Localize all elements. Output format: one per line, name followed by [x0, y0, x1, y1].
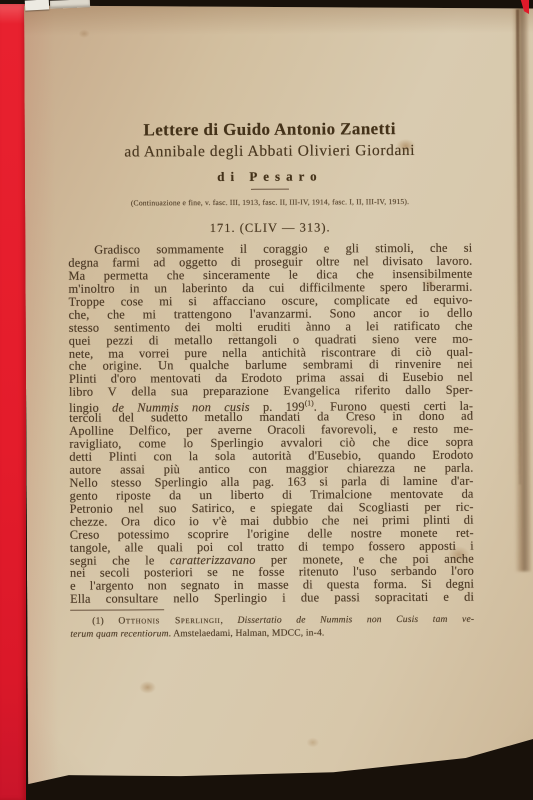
footnote-separator — [70, 610, 164, 611]
italic-text: Dissertatio de Nummis non Cusis tam ve- — [237, 614, 474, 626]
page-title: Lettere di Guido Antonio Zanetti — [68, 118, 472, 141]
italic-text: terum quam recentiorum — [70, 628, 168, 640]
small-caps-name: Otthonis Sperlingii — [118, 615, 220, 627]
white-paper-scrap-2 — [50, 0, 90, 9]
white-paper-scrap — [25, 0, 49, 11]
footnote-text: (1) Otthonis Sperlingii, Dissertatio de … — [70, 614, 474, 641]
book-photo: Lettere di Guido Antonio Zanetti ad Anni… — [0, 0, 533, 800]
page-fore-edge — [512, 1, 531, 571]
letter-number-heading: 171. (CLIV — 313). — [68, 220, 472, 237]
printed-text-block: Lettere di Guido Antonio Zanetti ad Anni… — [68, 118, 475, 641]
letter-body: Gradisco sommamente il coraggio e gli st… — [68, 242, 474, 606]
text-line: terum quam recentiorum. Amstelaedami, Ha… — [70, 626, 474, 641]
text-line: (1) Otthonis Sperlingii, Dissertatio de … — [70, 614, 474, 629]
page-subtitle: ad Annibale degli Abbati Olivieri Giorda… — [68, 141, 472, 163]
title-rule — [251, 189, 289, 190]
footnote-ref: (1) — [305, 399, 314, 408]
book-cover-red — [0, 4, 26, 800]
book-page: Lettere di Guido Antonio Zanetti ad Anni… — [24, 1, 533, 796]
text-line: Ella consultare nello Sperlingio i due p… — [70, 591, 474, 606]
continuation-note: (Continuazione e fine, v. fasc. III, 191… — [68, 197, 472, 209]
author-place: di Pesaro — [68, 168, 472, 186]
